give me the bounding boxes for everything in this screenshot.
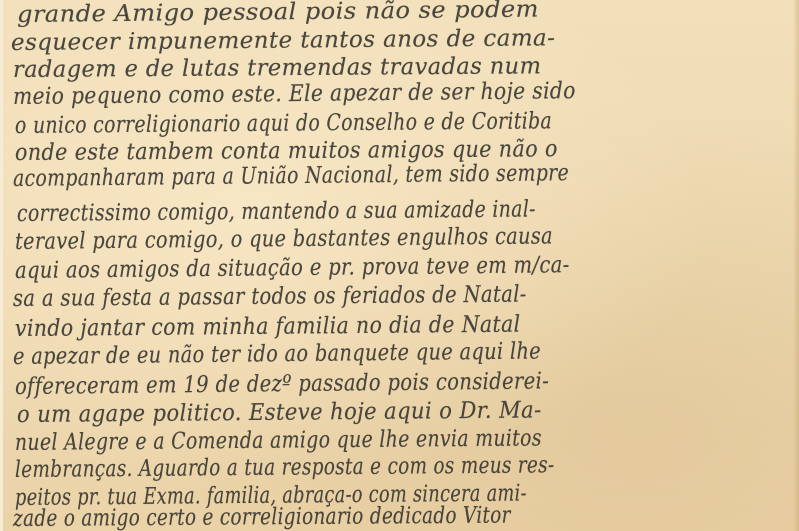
letter-line: e apezar de eu não ter ido ao banquete q… bbox=[13, 338, 541, 370]
handwritten-letter-page: grande Amigo pessoal pois não se podem e… bbox=[0, 0, 799, 531]
letter-line: nuel Alegre e a Comenda amigo que lhe en… bbox=[15, 425, 542, 456]
letter-line: aqui aos amigos da situação e pr. prova … bbox=[15, 252, 570, 284]
letter-line: o um agape politico. Esteve hoje aqui o … bbox=[17, 397, 542, 428]
letter-line: meio pequeno como este. Ele apezar de se… bbox=[13, 78, 576, 110]
letter-line: zade o amigo certo e correligionario ded… bbox=[13, 503, 511, 531]
letter-line: grande Amigo pessoal pois não se podem bbox=[17, 0, 539, 28]
letter-line: offereceram em 19 de dezº passado pois c… bbox=[15, 368, 549, 400]
letter-line: esquecer impunemente tantos anos de cama… bbox=[11, 25, 555, 56]
letter-line: correctissimo comigo, mantendo a sua ami… bbox=[17, 196, 536, 227]
letter-line: acompanharam para a União Nacional, tem … bbox=[13, 160, 569, 192]
letter-line: sa a sua festa a passar todos os feriado… bbox=[13, 282, 527, 312]
letter-line: vindo jantar com minha familia no dia de… bbox=[15, 312, 521, 342]
letter-line: teravel para comigo, o que bastantes eng… bbox=[15, 223, 553, 255]
letter-line: o unico correligionario aqui do Conselho… bbox=[15, 108, 552, 139]
letter-line: lembranças. Aguardo a tua resposta e com… bbox=[15, 452, 555, 483]
